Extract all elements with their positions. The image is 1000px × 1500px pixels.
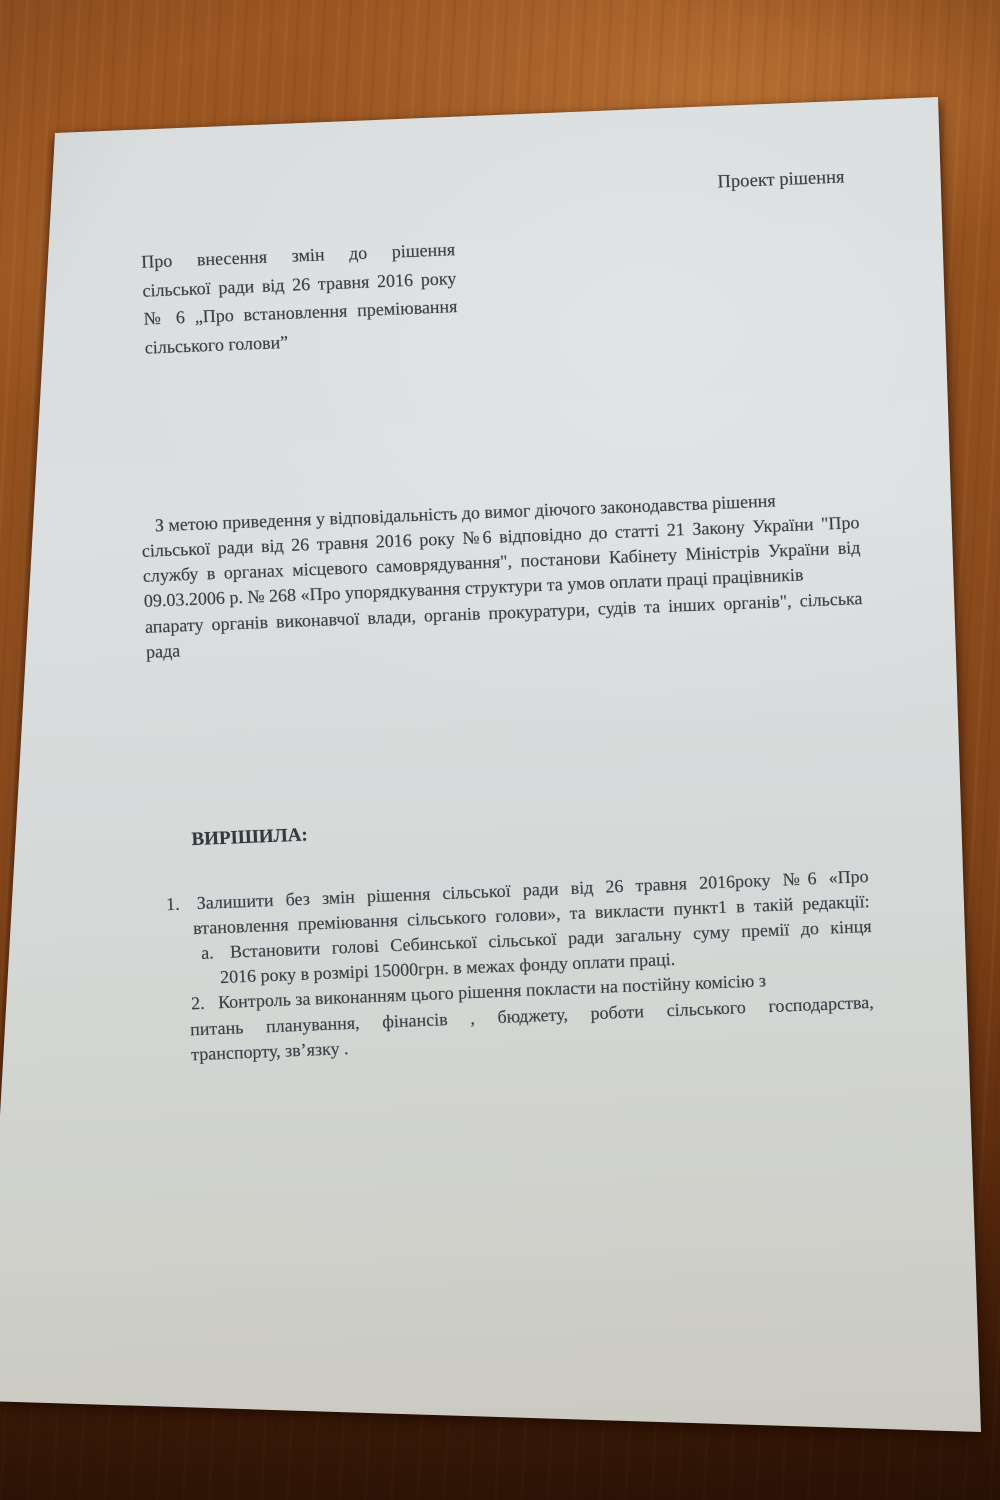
decision-list: 1. Залишити без змін рішення сільської р…: [88, 864, 884, 1072]
title-block: Про внесення змін до рішення сільської р…: [141, 235, 459, 362]
intro-paragraph: З метою приведення у відповідальність до…: [140, 485, 863, 665]
resolution-heading: ВИРІШИЛА:: [191, 791, 1000, 852]
paper-shadow-wrap: Проект рішення Про внесення змін до ріше…: [0, 0, 1000, 1500]
header-note: Проект рішення: [717, 135, 1000, 196]
list-item-1-marker: 1.: [166, 894, 180, 915]
document-content: Проект рішення Про внесення змін до ріше…: [57, 95, 993, 1402]
list-item-1a-marker: а.: [201, 943, 214, 963]
paper-sheet: Проект рішення Про внесення змін до ріше…: [0, 0, 1000, 1500]
list-item-2-marker: 2.: [191, 993, 205, 1014]
